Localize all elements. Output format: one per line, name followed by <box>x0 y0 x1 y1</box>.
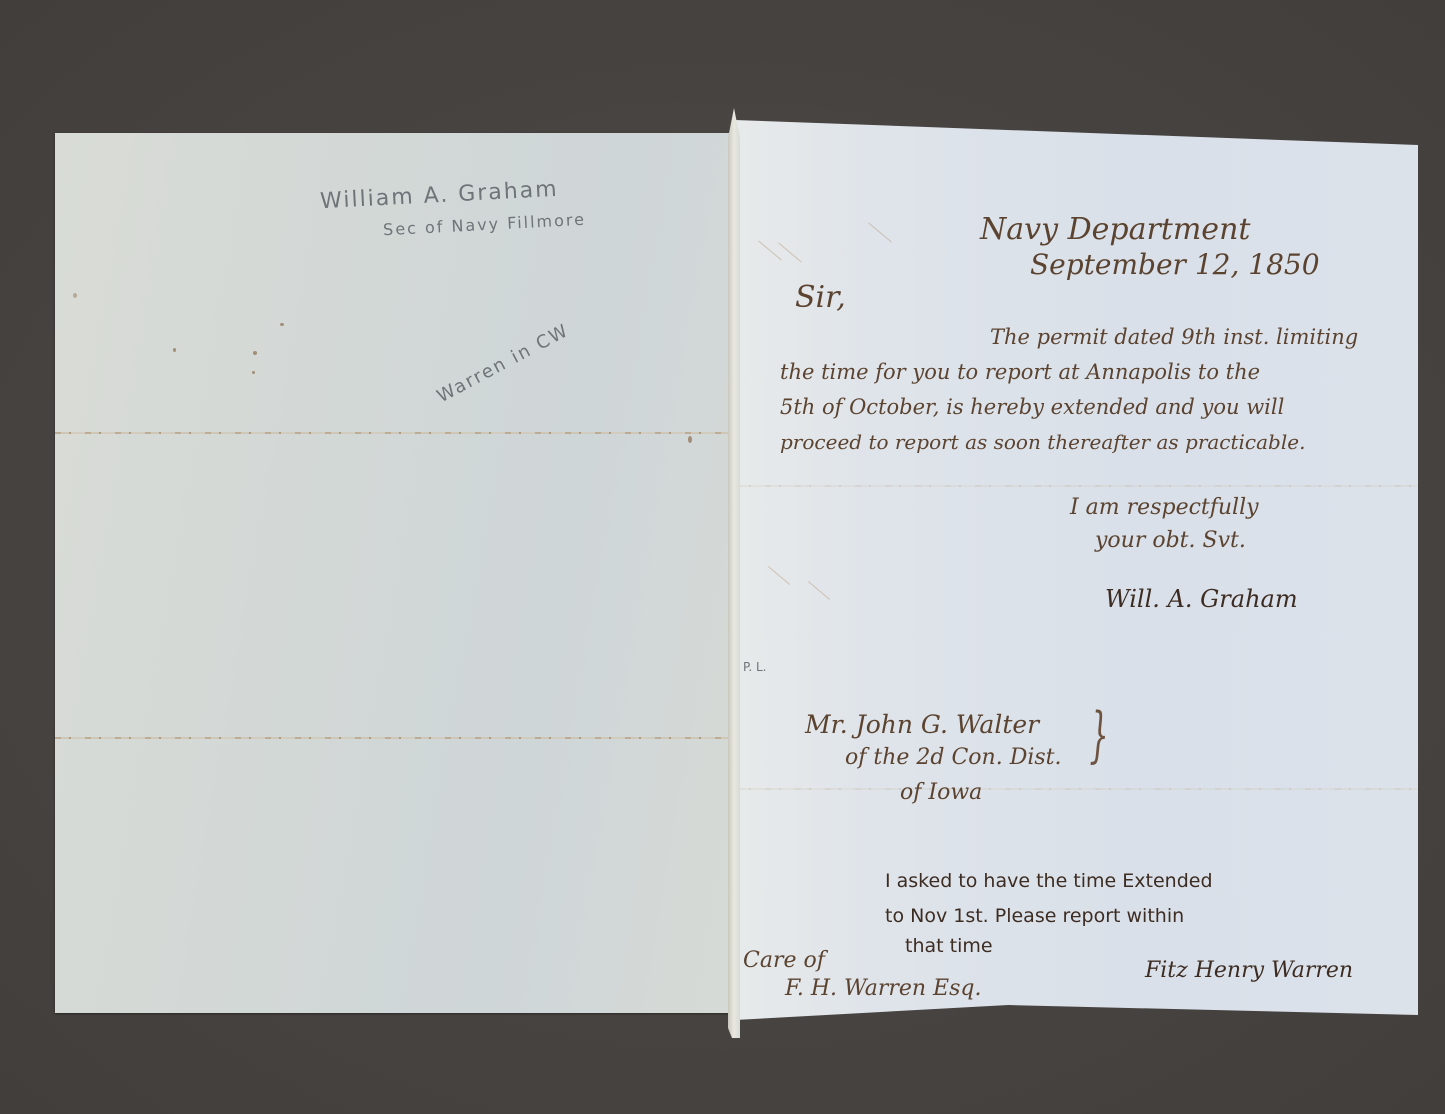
letterhead-department: Navy Department <box>980 212 1250 247</box>
ink-offset-mark <box>768 566 790 585</box>
fold-line <box>735 485 1418 487</box>
pencil-note-warren: Warren in CW <box>434 320 573 407</box>
addressee-name: Mr. John G. Walter <box>805 710 1039 739</box>
signature-graham: Will. A. Graham <box>1105 585 1298 613</box>
fold-line <box>735 788 1418 790</box>
ink-spot <box>253 351 257 355</box>
fold-line <box>55 737 735 739</box>
ink-spot <box>73 293 77 298</box>
endorsement-line-3: that time <box>905 935 993 957</box>
closing-line-1: I am respectfully <box>1070 495 1259 520</box>
left-page: William A. Graham Sec of Navy Fillmore W… <box>55 133 735 1013</box>
pencil-note-title: Sec of Navy Fillmore <box>383 210 587 240</box>
salutation: Sir, <box>795 280 846 315</box>
addressee-district: of the 2d Con. Dist. <box>845 745 1062 770</box>
center-fold <box>728 108 740 1038</box>
body-line-2: the time for you to report at Annapolis … <box>780 360 1260 384</box>
right-page: Navy Department September 12, 1850 Sir, … <box>735 120 1418 1020</box>
ink-offset-mark <box>868 222 892 242</box>
fold-line <box>55 432 735 434</box>
ink-spot <box>252 371 255 374</box>
ink-spot <box>173 348 176 352</box>
letter-date: September 12, 1850 <box>1030 248 1320 281</box>
closing-line-2: your obt. Svt. <box>1095 528 1246 553</box>
signature-warren: Fitz Henry Warren <box>1145 958 1353 983</box>
margin-mark: P. L. <box>743 660 767 674</box>
care-of-name: F. H. Warren Esq. <box>785 976 981 1001</box>
bracket-flourish: } <box>1090 700 1109 770</box>
addressee-state: of Iowa <box>900 780 982 805</box>
endorsement-line-1: I asked to have the time Extended <box>885 870 1213 892</box>
endorsement-line-2: to Nov 1st. Please report within <box>885 905 1184 927</box>
pencil-note-name: William A. Graham <box>320 177 560 214</box>
body-line-3: 5th of October, is hereby extended and y… <box>780 395 1284 419</box>
ink-spot <box>688 436 692 443</box>
care-of-label: Care of <box>743 948 825 973</box>
ink-offset-mark <box>808 581 830 600</box>
ink-spot <box>280 323 284 326</box>
body-line-4: proceed to report as soon thereafter as … <box>780 430 1305 454</box>
body-line-1: The permit dated 9th inst. limiting <box>990 325 1358 349</box>
